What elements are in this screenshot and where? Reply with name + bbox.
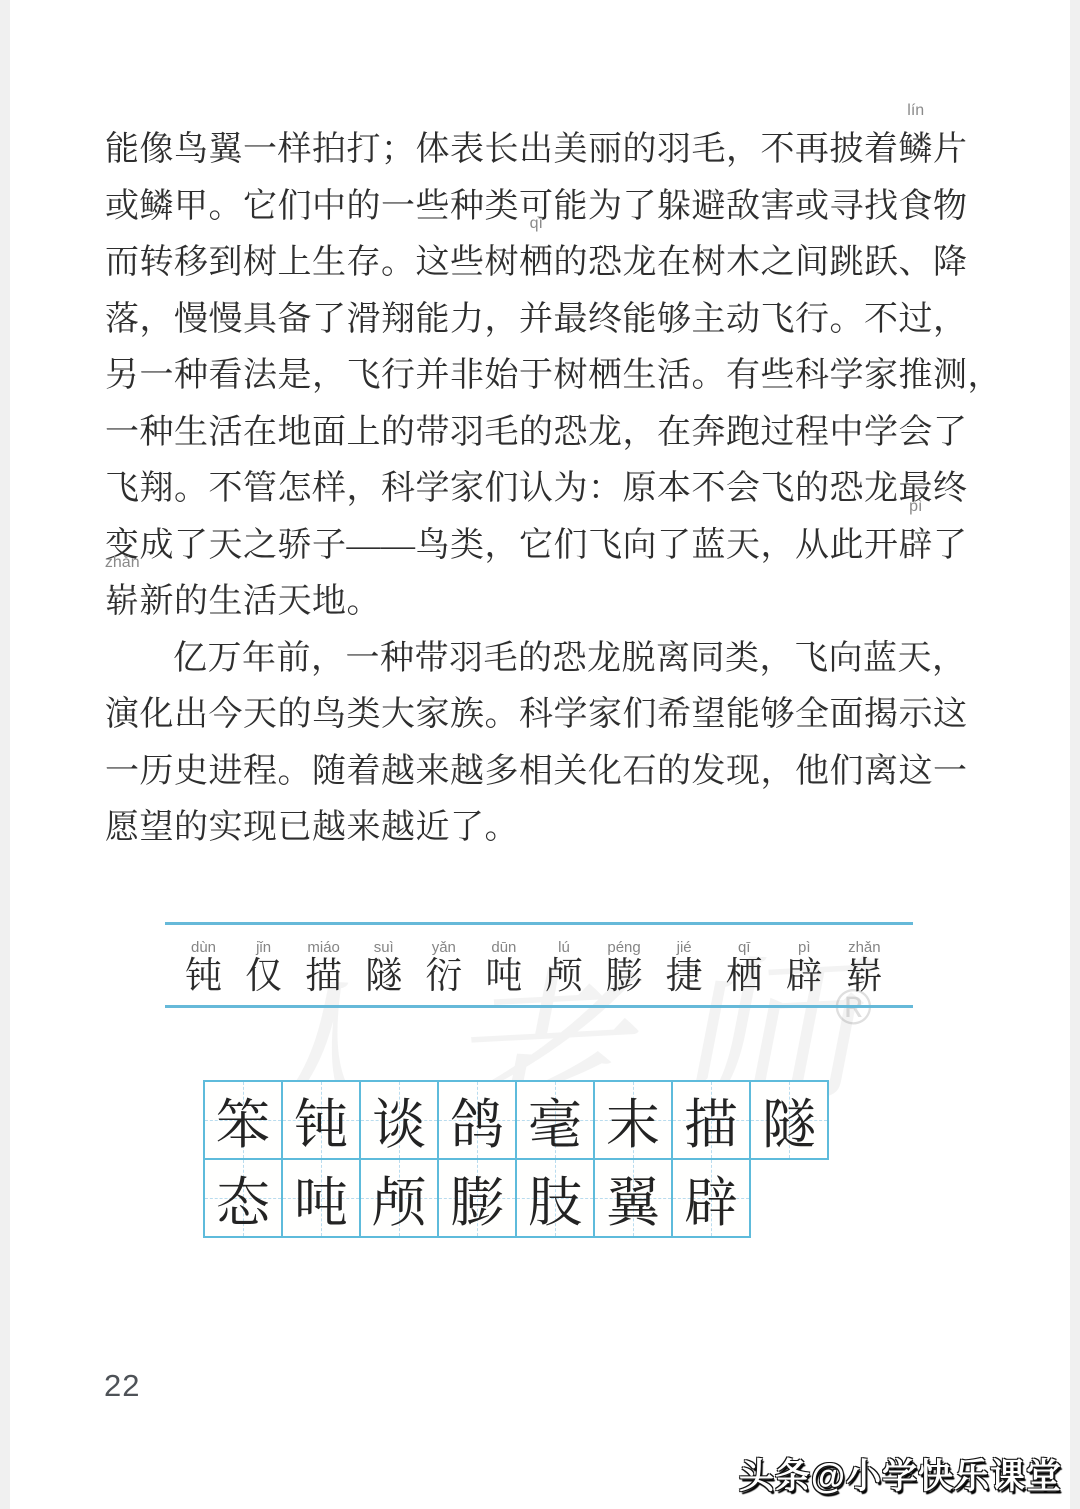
text-run: 片: [933, 131, 968, 168]
text-line: 飞翔。不管怎样，科学家们认为：原本不会飞的恐龙最终: [105, 461, 950, 518]
recognition-character: qī栖: [726, 939, 763, 998]
grid-character: 肢: [528, 1160, 582, 1237]
grid-character: 翼: [606, 1160, 660, 1237]
text-run: 而转移到树上生存。这些树: [105, 244, 519, 281]
annotated-character: qī栖: [519, 235, 554, 292]
writing-cell: 吨: [281, 1158, 361, 1238]
text-run: 演化出今天的鸟类大家族。科学家们希望能够全面揭示这: [105, 696, 968, 733]
grid-character: 隧: [762, 1082, 816, 1159]
text-run: 的恐龙在树木之间跳跃、降: [554, 244, 968, 281]
lesson-text: 能像鸟翼一样拍打；体表长出美丽的羽毛，不再披着lín鳞片或鳞甲。它们中的一些种类…: [105, 122, 950, 857]
character-glyph: 隧: [365, 956, 402, 998]
text-line: zhǎn崭新的生活天地。: [105, 574, 950, 631]
pinyin-label: pì: [798, 939, 811, 956]
annotated-character: pì辟: [899, 518, 934, 575]
writing-cell: 鸽: [437, 1080, 517, 1160]
grid-character: 膨: [450, 1160, 504, 1237]
character-glyph: 辟: [786, 956, 823, 998]
pinyin-annotation: pì: [909, 499, 922, 515]
channel-watermark: 头条@小学快乐课堂: [739, 1449, 1062, 1499]
character-glyph: 吨: [485, 956, 522, 998]
text-line: 一种生活在地面上的带羽毛的恐龙，在奔跑过程中学会了: [105, 405, 950, 462]
text-line: 落，慢慢具备了滑翔能力，并最终能够主动飞行。不过，: [105, 292, 950, 349]
character-glyph: 栖: [726, 956, 763, 998]
pinyin-label: jǐn: [256, 939, 271, 956]
pinyin-label: dùn: [191, 939, 216, 956]
grid-character: 谈: [372, 1082, 426, 1159]
text-line: 愿望的实现已越来越近了。: [105, 800, 950, 857]
pinyin-annotation: qī: [530, 216, 543, 232]
grid-character: 钝: [294, 1082, 348, 1159]
character-glyph: 衍: [425, 956, 462, 998]
text-line: 另一种看法是，飞行并非始于树栖生活。有些科学家推测，: [105, 348, 950, 405]
annotated-character: lín鳞: [899, 122, 934, 179]
character-glyph: 崭: [846, 956, 883, 998]
text-line: 变成了天之骄子——鸟类，它们飞向了蓝天，从此开pì辟了: [105, 518, 950, 575]
character-glyph: 仅: [245, 956, 282, 998]
text-line: 一历史进程。随着越来越多相关化石的发现，他们离这一: [105, 744, 950, 801]
text-run: 能像鸟翼一样拍打；体表长出美丽的羽毛，不再披着: [105, 131, 899, 168]
writing-cell: 毫: [515, 1080, 595, 1160]
recognition-character: yǎn衍: [425, 939, 462, 998]
grid-character: 鸽: [450, 1082, 504, 1159]
text-line: 或鳞甲。它们中的一些种类可能为了躲避敌害或寻找食物: [105, 179, 950, 236]
recognition-character: dūn吨: [485, 939, 522, 998]
text-run: 飞翔。不管怎样，科学家们认为：原本不会飞的恐龙最终: [105, 470, 968, 507]
recognition-character: jǐn仅: [245, 939, 282, 998]
text-run: 落，慢慢具备了滑翔能力，并最终能够主动飞行。不过，: [105, 301, 968, 338]
recognition-character: péng膨: [606, 939, 643, 998]
text-run: 了: [933, 527, 968, 564]
grid-character: 辟: [684, 1160, 738, 1237]
recognition-character: pì辟: [786, 939, 823, 998]
writing-cell: 钝: [281, 1080, 361, 1160]
writing-cell: 笨: [203, 1080, 283, 1160]
pinyin-annotation: lín: [907, 103, 924, 119]
page-edge-left: [0, 0, 10, 1509]
pinyin-annotation: zhǎn: [105, 555, 140, 571]
pinyin-label: jié: [677, 939, 692, 956]
writing-cell: 膨: [437, 1158, 517, 1238]
character-glyph: 膨: [606, 956, 643, 998]
writing-cell: 末: [593, 1080, 673, 1160]
character-glyph: 钝: [185, 956, 222, 998]
grid-character: 态: [216, 1160, 270, 1237]
text-run: 一历史进程。随着越来越多相关化石的发现，他们离这一: [105, 753, 968, 790]
pinyin-label: péng: [607, 939, 640, 956]
new-characters-band: dùn钝jǐn仅miáo描suì隧yǎn衍dūn吨lú颅péng膨jié捷qī栖…: [165, 922, 913, 1008]
recognition-character: suì隧: [365, 939, 402, 998]
character-glyph: 颅: [545, 956, 582, 998]
text-run: 变成了天之骄子——鸟类，它们飞向了蓝天，从此开: [105, 527, 899, 564]
pinyin-label: miáo: [307, 939, 340, 956]
annotated-character: zhǎn崭: [105, 574, 140, 631]
pinyin-label: qī: [738, 939, 751, 956]
pinyin-label: yǎn: [432, 939, 456, 956]
recognition-character: dùn钝: [185, 939, 222, 998]
recognition-character: lú颅: [545, 939, 582, 998]
text-run: 亿万年前，一种带羽毛的恐龙脱离同类，飞向蓝天，: [173, 640, 967, 677]
writing-cell: 谈: [359, 1080, 439, 1160]
recognition-character: jié捷: [666, 939, 703, 998]
text-run: 愿望的实现已越来越近了。: [105, 809, 519, 846]
pinyin-label: lú: [558, 939, 570, 956]
character-glyph: 描: [305, 956, 342, 998]
text-run: 新的生活天地。: [140, 583, 382, 620]
grid-character: 颅: [372, 1160, 426, 1237]
writing-cell: 隧: [749, 1080, 829, 1160]
writing-cell: 辟: [671, 1158, 751, 1238]
page-number: 22: [104, 1368, 140, 1404]
recognition-character: zhǎn崭: [846, 939, 883, 998]
grid-character: 吨: [294, 1160, 348, 1237]
writing-cell: 描: [671, 1080, 751, 1160]
writing-cell: 肢: [515, 1158, 595, 1238]
writing-cell: 态: [203, 1158, 283, 1238]
grid-row: 笨钝谈鸽毫末描隧: [203, 1080, 829, 1160]
grid-character: 笨: [216, 1082, 270, 1159]
pinyin-label: zhǎn: [848, 939, 881, 956]
recognition-character: miáo描: [305, 939, 342, 998]
grid-character: 毫: [528, 1082, 582, 1159]
writing-grid: 笨钝谈鸽毫末描隧态吨颅膨肢翼辟: [203, 1080, 829, 1238]
text-run: 一种生活在地面上的带羽毛的恐龙，在奔跑过程中学会了: [105, 414, 968, 451]
pinyin-label: dūn: [491, 939, 516, 956]
text-line: 演化出今天的鸟类大家族。科学家们希望能够全面揭示这: [105, 687, 950, 744]
text-line: 能像鸟翼一样拍打；体表长出美丽的羽毛，不再披着lín鳞片: [105, 122, 950, 179]
text-run: 另一种看法是，飞行并非始于树栖生活。有些科学家推测，: [105, 357, 1002, 394]
character-glyph: 捷: [666, 956, 703, 998]
writing-cell: 翼: [593, 1158, 673, 1238]
grid-character: 末: [606, 1082, 660, 1159]
pinyin-label: suì: [374, 939, 394, 956]
text-line: 亿万年前，一种带羽毛的恐龙脱离同类，飞向蓝天，: [105, 631, 950, 688]
grid-character: 描: [684, 1082, 738, 1159]
grid-row: 态吨颅膨肢翼辟: [203, 1158, 829, 1238]
text-line: 而转移到树上生存。这些树qī栖的恐龙在树木之间跳跃、降: [105, 235, 950, 292]
writing-cell: 颅: [359, 1158, 439, 1238]
page-edge-right: [1070, 0, 1080, 1509]
